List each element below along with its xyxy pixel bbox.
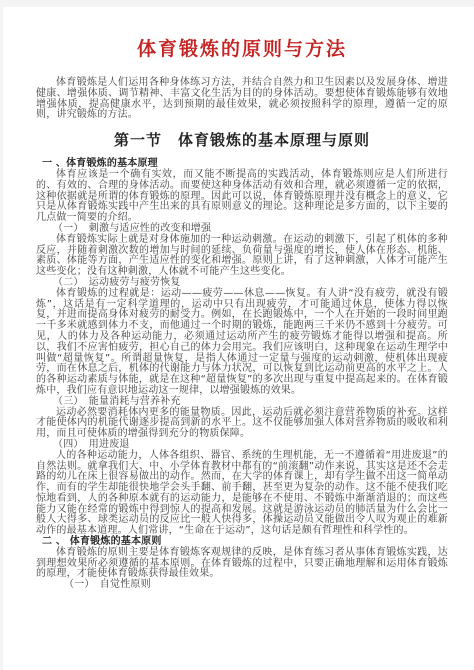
- intro-paragraph: 体育锻炼是人们运用各种身体练习方法，并结合自然力和卫生因素以及发展身体、增进健康…: [36, 78, 448, 121]
- item-1-3-heading: （三） 能量消耗与营养补充: [36, 397, 448, 408]
- item-2-1-heading: （一） 自觉性原则: [36, 580, 448, 591]
- section-heading: 第一节 体育锻炼的基本原理与原则: [36, 130, 448, 150]
- document-title: 体育锻炼的原则与方法: [36, 36, 448, 62]
- item-1-3-text: 运动必然要消耗体内更多的能量物质。因此，运动后就必须注意营养物质的补充。这样才能…: [36, 408, 448, 440]
- item-1-1-text: 体育锻炼实际上就是对身体施加的一种运动刺激。在运动的刺激下，引起了机体的多种反应…: [36, 235, 448, 278]
- item-1-4-text: 人的各种运动能力，人体各组织、器官、系统的生理机能，无一不遵循着“用进废退”的自…: [36, 451, 448, 537]
- part2-intro-paragraph: 体育锻炼的原则主要是体育锻炼客观规律的反映，是体育练习者从事体育锻炼实践，达到理…: [36, 548, 448, 580]
- item-1-2-text: 体育锻炼的过程就是：运动——疲劳——休息——恢复。有人讲“没有疲劳，就没有锻炼”…: [36, 289, 448, 397]
- part1-intro-paragraph: 体育应该是一个确有实效，而又能不断提高的实践活动，体育锻炼则应是人们所进行的、有…: [36, 170, 448, 224]
- document-page: 体育锻炼的原则与方法 体育锻炼是人们运用各种身体练习方法，并结合自然力和卫生因素…: [0, 0, 474, 670]
